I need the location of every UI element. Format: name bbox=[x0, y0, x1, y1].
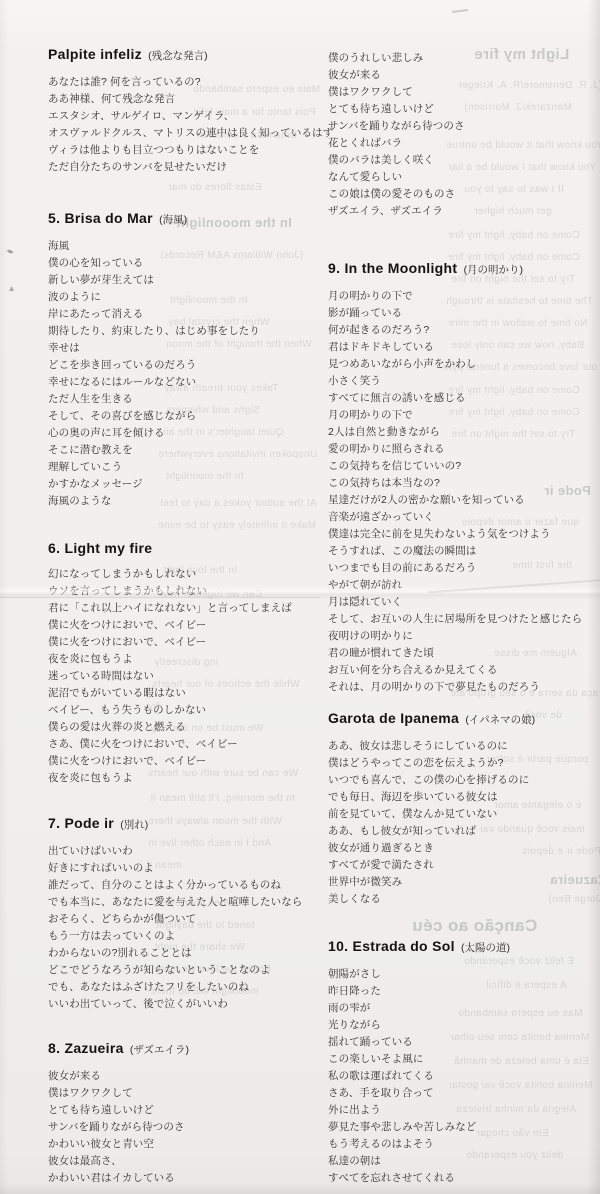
lyric-line: 小さく笑う bbox=[328, 373, 600, 390]
song-title-note: (太陽の道) bbox=[461, 942, 510, 954]
lyric-line: この気持ちを信じていいの? bbox=[328, 458, 600, 475]
lyric-line: 出ていけばいいわ bbox=[48, 843, 348, 860]
song-section: 5. Brisa do Mar (海風)海風僕の心を知っている新しい夢が芽生えて… bbox=[48, 208, 348, 510]
lyric-line: いいわ出ていって、後で泣くがいいわ bbox=[48, 996, 348, 1013]
song-title: 10. Estrada do Sol (太陽の道) bbox=[328, 936, 600, 958]
lyric-line: いつでも喜んで、この僕の心を捧げるのに bbox=[328, 772, 600, 789]
lyric-line: 期待したり、約束したり、はじめ事をしたり bbox=[48, 323, 348, 340]
lyric-line: 彼女は最高さ、 bbox=[48, 1153, 348, 1170]
song-title: 7. Pode ir (別れ) bbox=[48, 813, 348, 835]
ink-speck bbox=[9, 286, 14, 291]
lyric-line: 外に出よう bbox=[328, 1102, 600, 1119]
lyric-line: 君に「これ以上ハイになれない」と言ってしまえば bbox=[48, 600, 348, 617]
lyric-line: でも、あなたはふざけたフリをしたいのね bbox=[48, 979, 348, 996]
lyric-line: 岸にあたって消える bbox=[48, 306, 348, 323]
song-title: 5. Brisa do Mar (海風) bbox=[48, 208, 348, 230]
lyric-line: そうすれば、この魔法の瞬間は bbox=[328, 543, 600, 560]
lyric-line: 夢見た事や悲しみや苦しみなど bbox=[328, 1119, 600, 1136]
lyric-line: ザズエイラ、ザズエイラ bbox=[328, 203, 600, 220]
paper-edge-shadow-right bbox=[587, 0, 600, 1194]
lyric-line: この気持ちは本当なの? bbox=[328, 475, 600, 492]
lyric-line: 理解していこう bbox=[48, 459, 348, 476]
lyric-line: 好きにすればいいのよ bbox=[48, 860, 348, 877]
lyric-line: ただ自分たちのサンバを見せたいだけ bbox=[48, 159, 348, 176]
song-section: 7. Pode ir (別れ)出ていけばいいわ好きにすればいいのよ誰だって、自分… bbox=[48, 813, 348, 1013]
lyric-line: とても待ち遠しいけど bbox=[48, 1102, 348, 1119]
lyric-line: わからないの?別れることとは bbox=[48, 945, 348, 962]
lyric-line: ヴィラは他よりも目立つつもりはないことを bbox=[48, 142, 348, 159]
lyric-line: 月の明かりの下で bbox=[328, 288, 600, 305]
lyric-line: ああ、もし彼女が知っていれば bbox=[328, 823, 600, 840]
song-title-note: (ザズエイラ) bbox=[130, 1044, 189, 1056]
lyric-line: すべてに無言の誘いを感じる bbox=[328, 390, 600, 407]
lyric-line: 花とくればバラ bbox=[328, 135, 600, 152]
lyric-line: エスタシオ、サルゲイロ、マンゲイラ、 bbox=[48, 108, 348, 125]
lyric-line: かすかなメッセージ bbox=[48, 476, 348, 493]
song-title: Palpite infeliz (残念な発言) bbox=[48, 44, 348, 66]
lyric-line: そこに潜む教えを bbox=[48, 442, 348, 459]
lyric-line: そして、お互いの人生に居場所を見つけたと感じたら bbox=[328, 611, 600, 628]
lyric-line: 星達だけが2人の密かな願いを知っている bbox=[328, 492, 600, 509]
lyric-line: 彼女が来る bbox=[328, 67, 600, 84]
fold-crease-line bbox=[0, 597, 320, 598]
lyric-line: 音楽が遠ざかっていく bbox=[328, 509, 600, 526]
lyric-line: ああ、彼女は悲しそうにしているのに bbox=[328, 738, 600, 755]
lyric-line: なんて愛らしい bbox=[328, 169, 600, 186]
lyric-line: 僕達は完全に前を見失わないよう気をつけよう bbox=[328, 526, 600, 543]
song-title: Garota de Ipanema (イパネマの娘) bbox=[328, 708, 600, 730]
song-section: 6. Light my fire幻になってしまうかもしれないウソを言ってしまうか… bbox=[48, 538, 348, 787]
lyric-line: いつまでも目の前にあるだろう bbox=[328, 560, 600, 577]
lyric-line: どこでどうなろうが知らないということなのよ bbox=[48, 962, 348, 979]
lyric-line: 夜を炎に包もうよ bbox=[48, 770, 348, 787]
ink-speck bbox=[452, 9, 468, 13]
lyric-line: でも毎日、海辺を歩いている彼女は bbox=[328, 789, 600, 806]
lyric-line: 僕に火をつけにおいで、ベイビー bbox=[48, 753, 348, 770]
lyric-line: ベイビー、もう失うものしかない bbox=[48, 702, 348, 719]
lyric-line: 泥沼でもがいている暇はない bbox=[48, 685, 348, 702]
lyric-line: ああ神様、何て残念な発言 bbox=[48, 91, 348, 108]
lyric-line: サンバを踊りながら待つのさ bbox=[328, 118, 600, 135]
lyric-line: 彼女が来る bbox=[48, 1068, 348, 1085]
lyric-line: 何が起きるのだろう? bbox=[328, 322, 600, 339]
lyric-line: 前を見ていて、僕なんか見ていない bbox=[328, 806, 600, 823]
lyric-line: 雨の雫が bbox=[328, 1000, 600, 1017]
lyric-line: 心の奥の声に耳を傾ける bbox=[48, 425, 348, 442]
lyric-line: 僕はワクワクして bbox=[48, 1085, 348, 1102]
song-title-note: (別れ) bbox=[120, 819, 148, 831]
song-section: 9. In the Moonlight (月の明かり)月の明かりの下で影が踊って… bbox=[328, 258, 600, 696]
lyric-line: オスヴァルドクルス、マトリスの連中は良く知っているはず bbox=[48, 125, 348, 142]
lyrics-page: Mais eu espero sambandoPois tanto for a … bbox=[0, 0, 600, 1194]
lyric-line: どこを歩き回っているのだろう bbox=[48, 357, 348, 374]
lyric-line: 月の明かりの下で bbox=[328, 407, 600, 424]
lyric-line: 波のように bbox=[48, 289, 348, 306]
lyric-line: 君の瞳が慣れてきた頃 bbox=[328, 645, 600, 662]
lyric-line: 僕の心を知っている bbox=[48, 255, 348, 272]
lyric-line: さあ、僕に火をつけにおいで、ベイビー bbox=[48, 736, 348, 753]
lyric-line: 僕はワクワクして bbox=[328, 84, 600, 101]
song-title-note: (残念な発言) bbox=[148, 50, 208, 62]
lyric-line: 新しい夢が芽生えては bbox=[48, 272, 348, 289]
lyric-line: この楽しいそよ風に bbox=[328, 1051, 600, 1068]
lyric-line: 幸せは bbox=[48, 340, 348, 357]
lyric-line: お互い何を分ち合えるか見えてくる bbox=[328, 662, 600, 679]
song-title-note: (月の明かり) bbox=[464, 264, 524, 276]
song-title: 8. Zazueira (ザズエイラ) bbox=[48, 1038, 348, 1060]
lyric-line: 私の歌は運ばれてくる bbox=[328, 1068, 600, 1085]
lyric-line: 夜を炎に包もうよ bbox=[48, 651, 348, 668]
lyric-line: 愛の明かりに照らされる bbox=[328, 441, 600, 458]
song-title-text: 5. Brisa do Mar bbox=[48, 210, 153, 226]
lyric-line: でも本当に、あなたに愛を与えた人と喧嘩したいなら bbox=[48, 894, 348, 911]
lyric-line: 幸せになるにはルールなどない bbox=[48, 374, 348, 391]
paper-edge-shadow-left bbox=[0, 0, 8, 1194]
lyric-line: 僕はどうやってこの恋を伝えようか? bbox=[328, 755, 600, 772]
song-section: 8. Zazueira (ザズエイラ)彼女が来る僕はワクワクしてとても待ち遠しい… bbox=[48, 1038, 348, 1187]
song-title-note: (イパネマの娘) bbox=[465, 714, 535, 726]
song-section: 僕のうれしい悲しみ彼女が来る僕はワクワクしてとても待ち遠しいけどサンバを踊りなが… bbox=[328, 50, 600, 220]
paper-edge-shadow-bottom bbox=[0, 1184, 600, 1194]
lyric-line: そして、その喜びを感じながら bbox=[48, 408, 348, 425]
lyric-line: 海風 bbox=[48, 238, 348, 255]
song-title-text: 10. Estrada do Sol bbox=[328, 938, 455, 954]
lyric-line: 僕のバラは美しく咲く bbox=[328, 152, 600, 169]
lyric-line: 私達の朝は bbox=[328, 1153, 600, 1170]
song-title-text: 9. In the Moonlight bbox=[328, 260, 457, 276]
lyric-line: 朝陽がさし bbox=[328, 966, 600, 983]
lyric-line: 誰だって、自分のことはよく分かっているものね bbox=[48, 877, 348, 894]
lyric-line: 2人は自然と動きながら bbox=[328, 424, 600, 441]
lyric-line: さあ、手を取り合って bbox=[328, 1085, 600, 1102]
left-column: Palpite infeliz (残念な発言)あなたは誰? 何を言っているの?あ… bbox=[48, 44, 348, 1187]
lyric-line: 君はドキドキしている bbox=[328, 339, 600, 356]
lyric-line: 僕のうれしい悲しみ bbox=[328, 50, 600, 67]
lyric-line: 影が踊っている bbox=[328, 305, 600, 322]
song-title-text: Palpite infeliz bbox=[48, 46, 142, 62]
lyric-line: 光りながら bbox=[328, 1017, 600, 1034]
song-section: Palpite infeliz (残念な発言)あなたは誰? 何を言っているの?あ… bbox=[48, 44, 348, 176]
lyric-line: 世界中が微笑み bbox=[328, 874, 600, 891]
lyric-line: 僕らの愛は火葬の炎と燃える bbox=[48, 719, 348, 736]
song-title-text: 7. Pode ir bbox=[48, 815, 114, 831]
lyric-line: 僕に火をつけにおいで、ベイビー bbox=[48, 617, 348, 634]
lyric-line: それは、月の明かりの下で夢見たものだろう bbox=[328, 679, 600, 696]
lyric-line: 夜明けの明かりに bbox=[328, 628, 600, 645]
lyric-line: もう一方は去っていくのよ bbox=[48, 928, 348, 945]
lyric-line: あなたは誰? 何を言っているの? bbox=[48, 74, 348, 91]
song-section: Garota de Ipanema (イパネマの娘)ああ、彼女は悲しそうにしてい… bbox=[328, 708, 600, 908]
lyric-line: 彼女が通り過ぎるとき bbox=[328, 840, 600, 857]
song-title-text: 8. Zazueira bbox=[48, 1040, 124, 1056]
lyric-line: すべてが愛で満たされ bbox=[328, 857, 600, 874]
song-section: 10. Estrada do Sol (太陽の道)朝陽がさし昨日降った雨の雫が光… bbox=[328, 936, 600, 1187]
song-title-text: Garota de Ipanema bbox=[328, 710, 459, 726]
lyric-line: 海風のような bbox=[48, 493, 348, 510]
lyric-line: 迷っている時間はない bbox=[48, 668, 348, 685]
lyric-line: ただ人生を生きる bbox=[48, 391, 348, 408]
song-title-note: (海風) bbox=[159, 214, 187, 226]
lyric-line: サンバを踊りながら待つのさ bbox=[48, 1119, 348, 1136]
song-title: 9. In the Moonlight (月の明かり) bbox=[328, 258, 600, 280]
right-column: 僕のうれしい悲しみ彼女が来る僕はワクワクしてとても待ち遠しいけどサンバを踊りなが… bbox=[328, 50, 600, 1187]
lyric-line: おそらく、どちらかが傷ついて bbox=[48, 911, 348, 928]
lyric-line: 僕に火をつけにおいで、ベイビー bbox=[48, 634, 348, 651]
song-title: 6. Light my fire bbox=[48, 538, 348, 558]
lyric-line: もう考えるのはよそう bbox=[328, 1136, 600, 1153]
lyric-line: 幻になってしまうかもしれない bbox=[48, 566, 348, 583]
lyric-line: 見つめあいながら小声をかわし bbox=[328, 356, 600, 373]
song-title-text: 6. Light my fire bbox=[48, 540, 152, 556]
lyric-line: 揺れて踊っている bbox=[328, 1034, 600, 1051]
lyric-line: 美しくなる bbox=[328, 891, 600, 908]
lyric-line: かわいい彼女と青い空 bbox=[48, 1136, 348, 1153]
lyric-line: 昨日降った bbox=[328, 983, 600, 1000]
lyric-line: この娘は僕の愛そのものさ bbox=[328, 186, 600, 203]
lyric-line: とても待ち遠しいけど bbox=[328, 101, 600, 118]
